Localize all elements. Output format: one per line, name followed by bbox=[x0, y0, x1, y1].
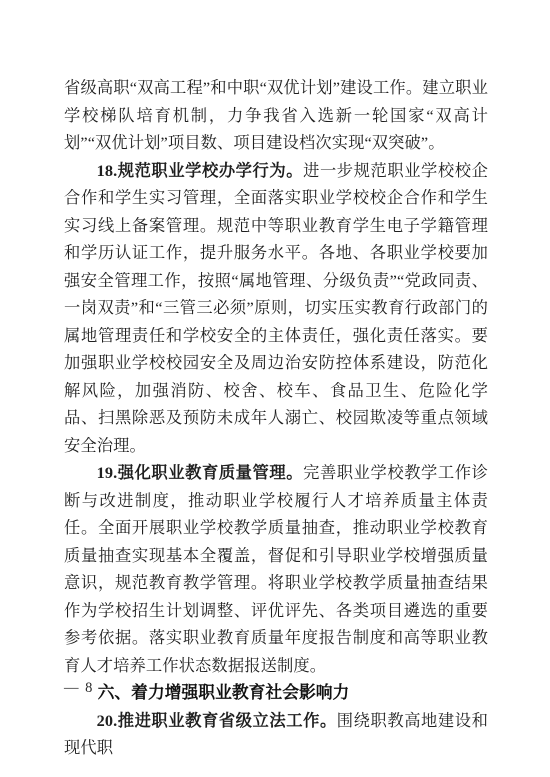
paragraph-19-body: 完善职业学校教学工作诊断与改进制度，推动职业学校履行人才培养质量主体责任。全面开… bbox=[64, 463, 488, 675]
paragraph-20-lead: 20.推进职业教育省级立法工作。 bbox=[97, 711, 337, 730]
page-number: — 8 — bbox=[64, 680, 115, 696]
paragraph-18-lead: 18.规范职业学校办学行为。 bbox=[97, 161, 304, 180]
paragraph-19: 19.强化职业教育质量管理。完善职业学校教学工作诊断与改进制度，推动职业学校履行… bbox=[64, 459, 488, 679]
paragraph-19-lead: 19.强化职业教育质量管理。 bbox=[97, 463, 304, 482]
paragraph-20: 20.推进职业教育省级立法工作。围绕职教高地建设和现代职 bbox=[64, 707, 488, 762]
paragraph-18: 18.规范职业学校办学行为。进一步规范职业学校校企合作和学生实习管理，全面落实职… bbox=[64, 157, 488, 460]
paragraph-17-continuation: 省级高职“双高工程”和中职“双优计划”建设工作。建立职业学校梯队培育机制，力争我… bbox=[64, 74, 488, 157]
section-heading-six: 六、着力增强职业教育社会影响力 bbox=[64, 679, 488, 707]
paragraph-18-body: 进一步规范职业学校校企合作和学生实习管理，全面落实职业学校校企合作和学生实习线上… bbox=[64, 161, 488, 455]
document-page: 省级高职“双高工程”和中职“双优计划”建设工作。建立职业学校梯队培育机制，力争我… bbox=[0, 0, 550, 777]
